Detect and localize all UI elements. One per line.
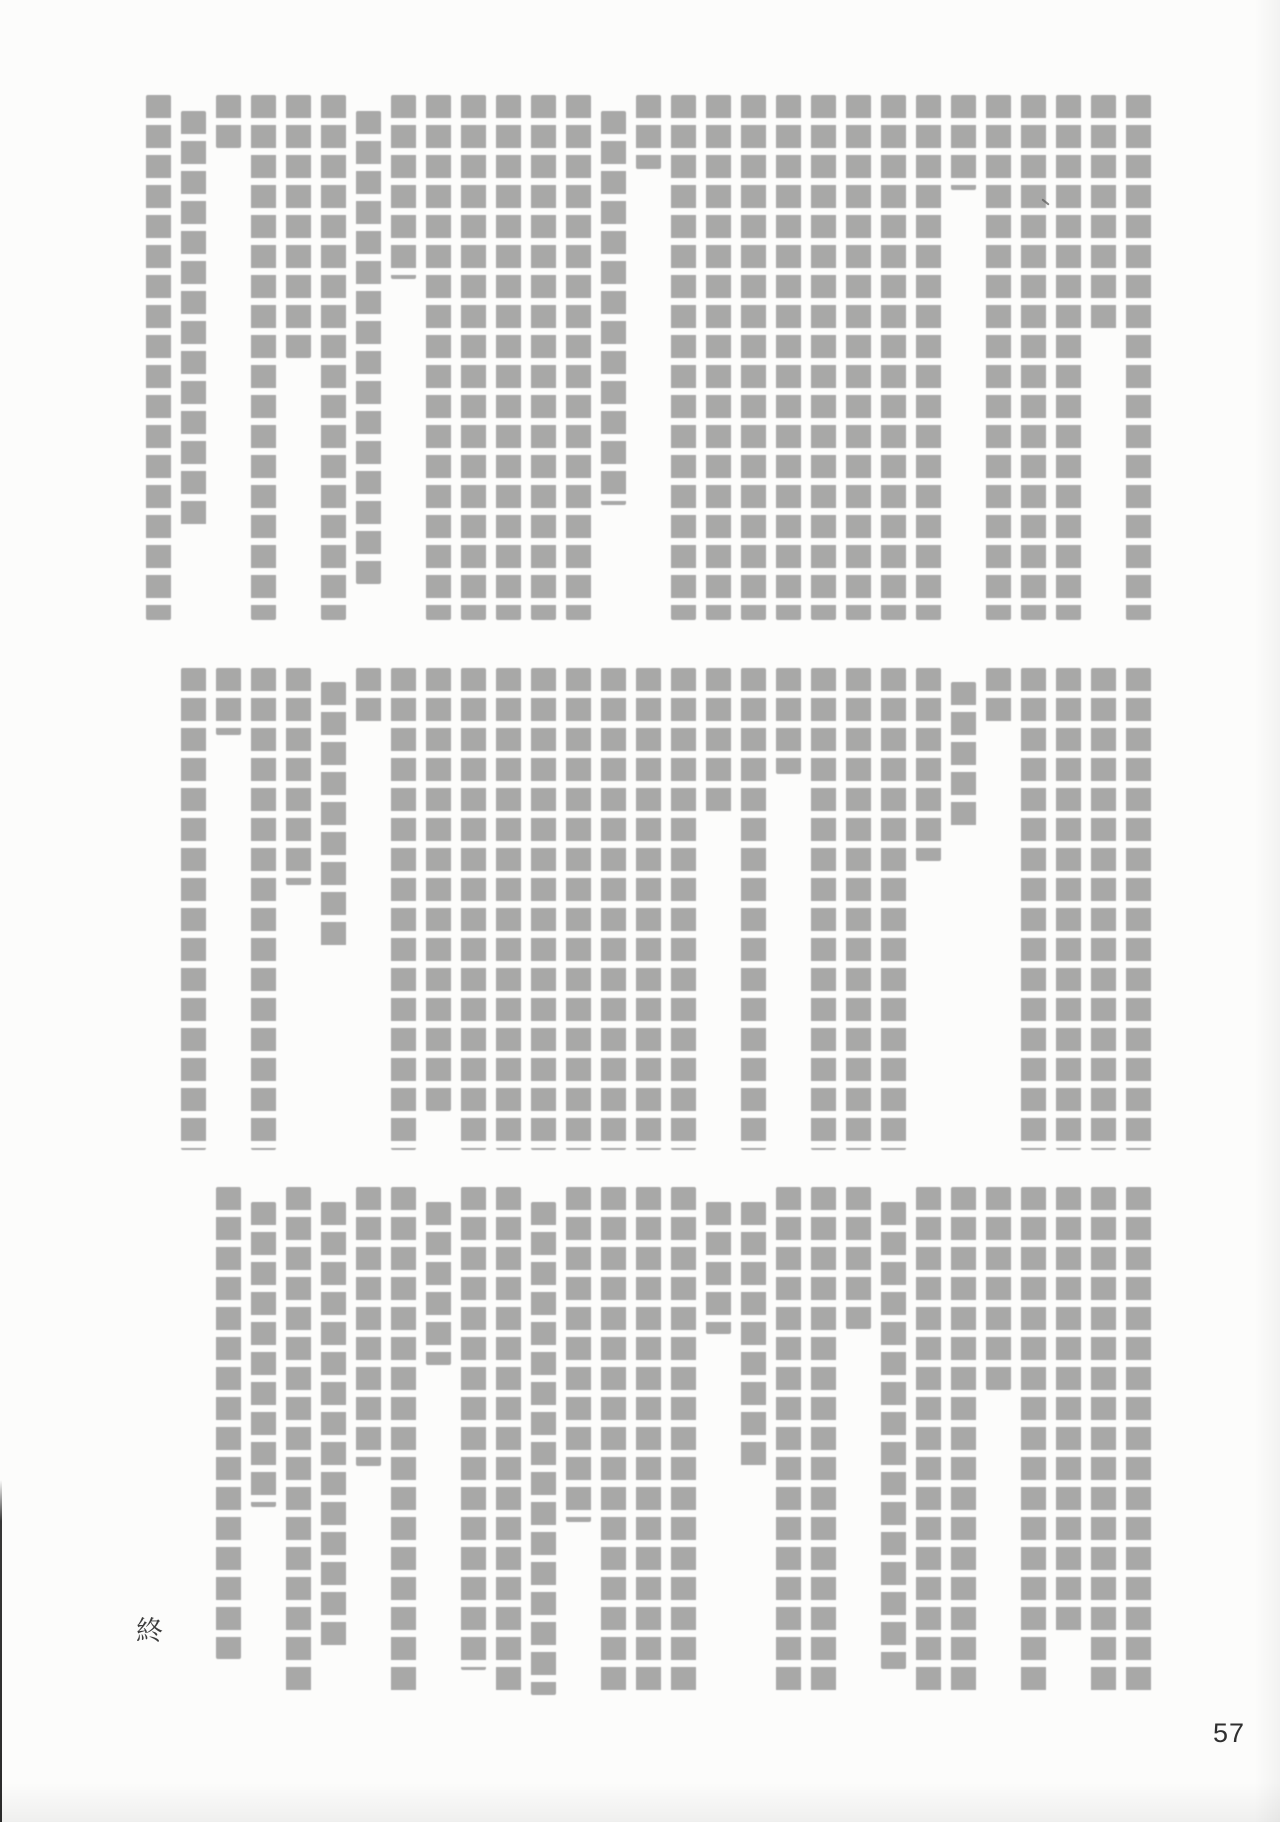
- redacted-text-column: [916, 1187, 941, 1695]
- redacted-text-column: [986, 1187, 1011, 1390]
- redacted-text-column: [251, 1202, 276, 1507]
- redacted-text-column: [671, 95, 696, 620]
- text-band-3: [135, 1187, 1151, 1695]
- redacted-text-column: [1091, 95, 1116, 331]
- redacted-text-column: [426, 1202, 451, 1365]
- redacted-text-column: [776, 1187, 801, 1695]
- redacted-text-column: [1091, 668, 1116, 1150]
- redacted-text-column: [531, 95, 556, 620]
- redacted-text-column: [1056, 95, 1081, 620]
- redacted-text-column: [286, 1187, 311, 1695]
- scan-shadow-bottom: [0, 1782, 1280, 1822]
- redacted-text-column: [1056, 1187, 1081, 1634]
- redacted-text-column: [741, 668, 766, 1150]
- scanned-page: 終 57: [0, 0, 1280, 1822]
- redacted-text-column: [391, 95, 416, 279]
- redacted-text-column: [426, 95, 451, 620]
- redacted-text-column: [846, 668, 871, 1150]
- redacted-text-column: [846, 1187, 871, 1329]
- redacted-text-column: [391, 1187, 416, 1695]
- redacted-text-column: [846, 95, 871, 620]
- redacted-text-column: [461, 95, 486, 620]
- redacted-text-column: [636, 1187, 661, 1695]
- redacted-text-column: [321, 95, 346, 620]
- redacted-text-column: [706, 95, 731, 620]
- redacted-text-column: [986, 95, 1011, 620]
- redacted-text-column: [426, 668, 451, 1111]
- redacted-text-column: [881, 95, 906, 620]
- redacted-text-column: [566, 668, 591, 1150]
- redacted-text-column: [181, 668, 206, 1150]
- redacted-text-column: [601, 1187, 626, 1695]
- redacted-text-column: [356, 668, 381, 726]
- redacted-text-column: [1021, 95, 1046, 620]
- scan-edge-line: [0, 1480, 2, 1822]
- redacted-text-column: [496, 95, 521, 620]
- redacted-text-column: [1056, 668, 1081, 1150]
- redacted-text-column: [776, 668, 801, 774]
- redacted-text-column: [811, 668, 836, 1150]
- redacted-text-column: [986, 668, 1011, 726]
- redacted-text-column: [181, 111, 206, 531]
- redacted-text-column: [1091, 1187, 1116, 1695]
- redacted-text-column: [251, 668, 276, 1150]
- redacted-text-column: [531, 1202, 556, 1695]
- redacted-text-column: [391, 668, 416, 1150]
- redacted-text-column: [881, 668, 906, 1150]
- redacted-text-column: [601, 668, 626, 1150]
- redacted-text-column: [321, 682, 346, 947]
- redacted-text-column: [496, 1187, 521, 1695]
- redacted-text-column: [951, 95, 976, 190]
- end-of-story-mark: 終: [136, 1618, 163, 1645]
- redacted-text-column: [916, 95, 941, 620]
- redacted-text-column: [251, 95, 276, 620]
- redacted-text-column: [146, 95, 171, 620]
- redacted-text-column: [706, 1202, 731, 1334]
- redacted-text-column: [1021, 668, 1046, 1150]
- redacted-text-column: [1126, 1187, 1151, 1695]
- redacted-text-column: [356, 111, 381, 584]
- redacted-text-column: [461, 1187, 486, 1670]
- redacted-text-column: [636, 668, 661, 1150]
- text-band-2: [135, 668, 1151, 1150]
- redacted-text-column: [216, 95, 241, 148]
- redacted-text-column: [216, 668, 241, 735]
- redacted-text-column: [1021, 1187, 1046, 1695]
- redacted-text-column: [881, 1202, 906, 1669]
- redacted-text-column: [951, 1187, 976, 1695]
- redacted-text-column: [1126, 95, 1151, 620]
- redacted-text-column: [811, 95, 836, 620]
- text-band-1: [135, 95, 1151, 620]
- redacted-text-column: [531, 668, 556, 1150]
- redacted-text-column: [566, 95, 591, 620]
- redacted-text-column: [776, 95, 801, 620]
- redacted-text-column: [951, 682, 976, 827]
- redacted-text-column: [496, 668, 521, 1150]
- redacted-text-column: [321, 1202, 346, 1649]
- redacted-text-column: [461, 668, 486, 1150]
- redacted-text-column: [1126, 668, 1151, 1150]
- redacted-text-column: [706, 668, 731, 813]
- redacted-text-column: [601, 111, 626, 505]
- redacted-text-column: [671, 668, 696, 1150]
- redacted-text-column: [916, 668, 941, 861]
- redacted-text-column: [671, 1187, 696, 1695]
- redacted-text-column: [566, 1187, 591, 1522]
- redacted-text-column: [286, 95, 311, 358]
- redacted-text-column: [216, 1187, 241, 1659]
- redacted-text-column: [636, 95, 661, 169]
- redacted-text-column: [741, 1202, 766, 1466]
- page-number: 57: [1213, 1720, 1245, 1747]
- redacted-text-column: [286, 668, 311, 885]
- redacted-text-column: [741, 95, 766, 620]
- scan-shadow-right: [1254, 0, 1280, 1822]
- redacted-text-column: [811, 1187, 836, 1695]
- redacted-text-column: [356, 1187, 381, 1466]
